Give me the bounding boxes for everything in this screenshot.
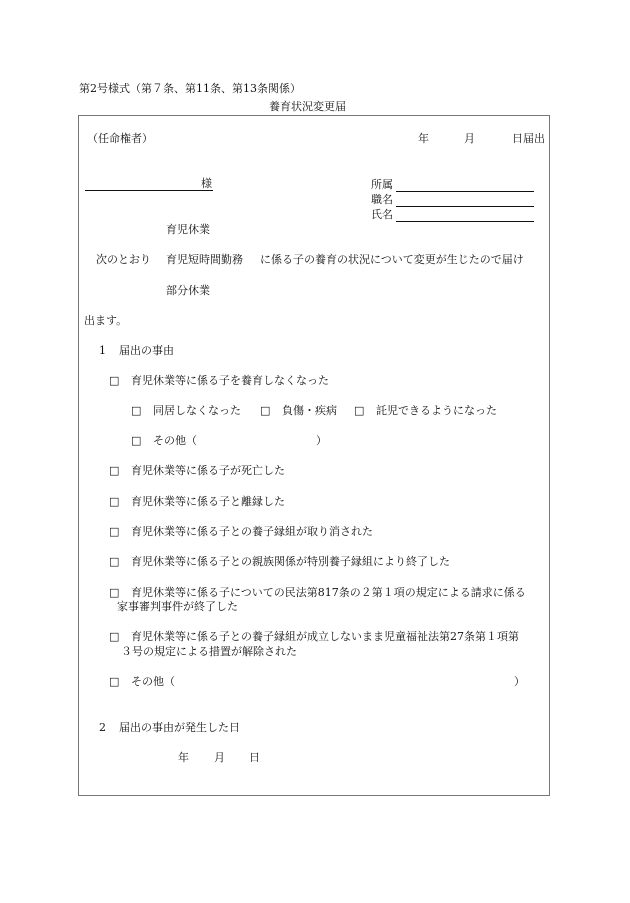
checkbox[interactable]: □ (354, 404, 368, 418)
appointing-authority: （任命権者） (87, 132, 153, 146)
checkbox[interactable]: □ (109, 464, 123, 478)
position-field[interactable] (396, 206, 534, 207)
form-title: 養育状況変更届 (269, 100, 346, 114)
leave-type-short-hours: 育児短時間勤務 (166, 253, 243, 267)
form-number: 第2号様式（第７条、第11条、第13条関係） (79, 82, 301, 96)
sama-label: 様 (201, 177, 212, 191)
reason-daycare-available[interactable]: □託児できるようになった (354, 404, 497, 418)
reason-family-court[interactable]: □育児休業等に係る子についての民法第817条の２第１項の規定による請求に係る (109, 586, 526, 600)
checkbox[interactable]: □ (109, 495, 123, 509)
occurrence-day: 日 (249, 751, 260, 765)
section2-heading: 届出の事由が発生した日 (119, 721, 240, 735)
reason-special-adoption[interactable]: □育児休業等に係る子との親族関係が特別養子縁組により終了した (109, 555, 450, 569)
date-month: 月 (464, 132, 475, 146)
checkbox[interactable]: □ (260, 404, 274, 418)
checkbox[interactable]: □ (109, 525, 123, 539)
reason-measure-lifted-line2: ３号の規定による措置が解除された (121, 645, 297, 659)
other-close-paren: ） (514, 675, 525, 689)
reason-sub-other[interactable]: □その他（ (131, 434, 197, 448)
leave-type-partial: 部分休業 (166, 284, 210, 298)
checkbox[interactable]: □ (131, 434, 145, 448)
reason-child-died[interactable]: □育児休業等に係る子が死亡した (109, 464, 285, 478)
affiliation-field[interactable] (396, 191, 534, 192)
position-label: 職名 (371, 193, 393, 207)
date-year: 年 (418, 132, 429, 146)
reason-family-court-line2: 家事審判事件が終了した (117, 600, 238, 614)
reason-measure-lifted[interactable]: □育児休業等に係る子との養子縁組が成立しないまま児童福祉法第27条第１項第 (109, 630, 519, 644)
reason-not-cohabiting[interactable]: □同居しなくなった (131, 404, 241, 418)
checkbox[interactable]: □ (109, 675, 123, 689)
name-label: 氏名 (371, 208, 393, 222)
addressee-name-field[interactable] (85, 190, 213, 191)
statement-continuation: 出ます。 (84, 314, 127, 328)
statement-prefix: 次のとおり (96, 253, 151, 267)
checkbox[interactable]: □ (109, 630, 123, 644)
occurrence-year: 年 (178, 751, 189, 765)
form-box (78, 115, 550, 796)
checkbox[interactable]: □ (109, 374, 123, 388)
leave-type-childcare: 育児休業 (166, 223, 210, 237)
section2-number: 2 (99, 721, 106, 735)
checkbox[interactable]: □ (109, 555, 123, 569)
name-field[interactable] (396, 221, 534, 222)
checkbox[interactable]: □ (131, 404, 145, 418)
date-day-submitted: 日届出 (512, 132, 545, 146)
reason-dissolved-adoption[interactable]: □育児休業等に係る子と離縁した (109, 495, 285, 509)
section1-heading: 届出の事由 (119, 344, 174, 358)
reason-injury-illness[interactable]: □負傷・疾病 (260, 404, 337, 418)
reason-adoption-cancelled[interactable]: □育児休業等に係る子との養子縁組が取り消された (109, 525, 373, 539)
affiliation-label: 所属 (371, 178, 393, 192)
section1-number: 1 (99, 344, 106, 358)
statement-suffix: に係る子の養育の状況について変更が生じたので届け (260, 253, 524, 267)
reason-no-longer-raising[interactable]: □育児休業等に係る子を養育しなくなった (109, 374, 329, 388)
sub-other-close-paren: ） (316, 434, 327, 448)
reason-other[interactable]: □その他（ (109, 675, 175, 689)
checkbox[interactable]: □ (109, 586, 123, 600)
occurrence-month: 月 (214, 751, 225, 765)
